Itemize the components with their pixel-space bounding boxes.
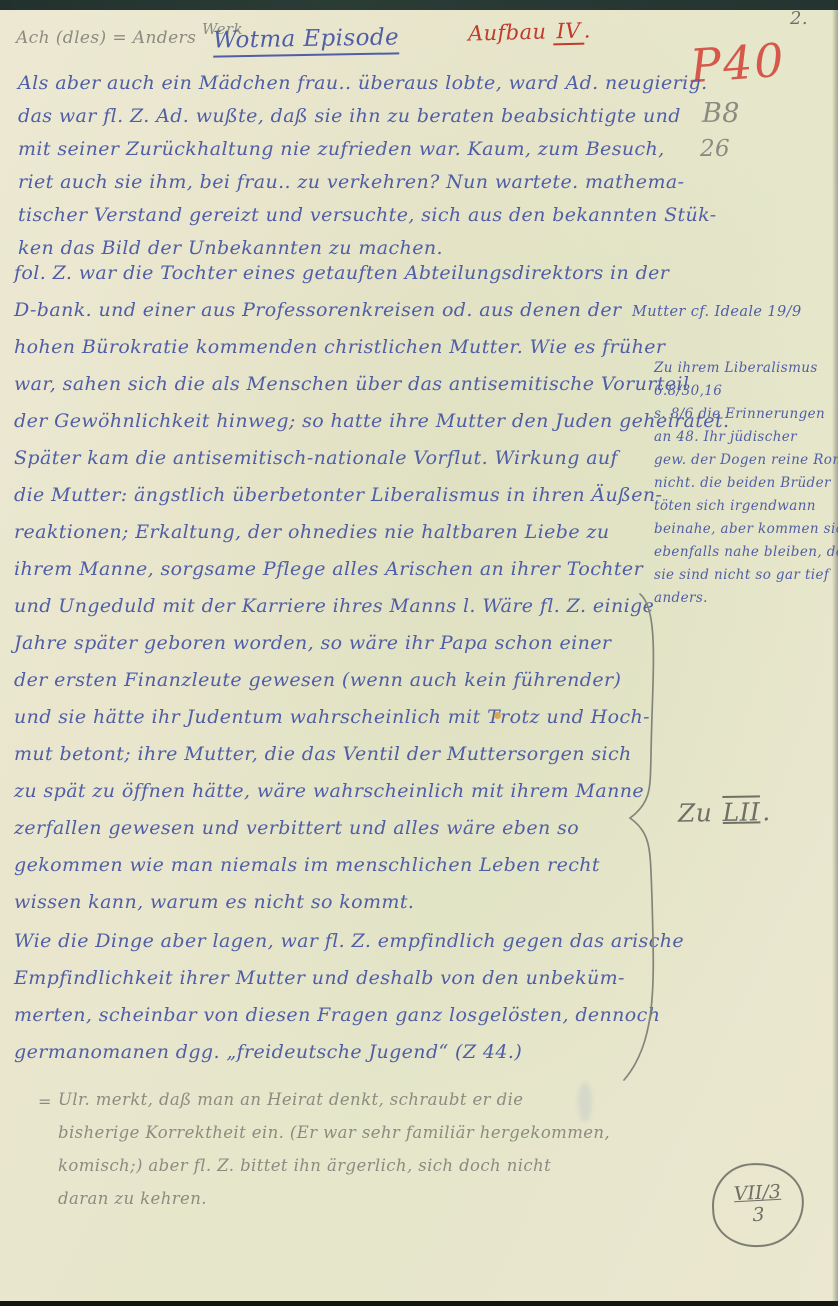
handwriting-line: germanomanen dgg. „freideutsche Jugend“ … <box>14 1041 638 1078</box>
handwriting-line: Als aber auch ein Mädchen frau.. überaus… <box>18 72 624 105</box>
aufbau-numeral: IV <box>553 19 584 46</box>
scan-edge-top <box>0 0 838 10</box>
margin-brace <box>612 588 674 1088</box>
handwriting-line: komisch;) aber fl. Z. bittet ihn ärgerli… <box>58 1156 618 1189</box>
handwriting-line: gekommen wie man niemals im menschlichen… <box>14 854 628 891</box>
handwriting-line: daran zu kehren. <box>58 1189 618 1222</box>
archive-mark-26: 26 <box>700 136 730 162</box>
handwriting-line: war, sahen sich die als Menschen über da… <box>14 373 628 410</box>
paragraph-1: Als aber auch ein Mädchen frau.. überaus… <box>18 72 624 270</box>
handwriting-line: merten, scheinbar von diesen Fragen ganz… <box>14 1004 638 1041</box>
scan-edge-right <box>832 0 838 1306</box>
paper-stain-dot <box>494 712 501 719</box>
aufbau-period: . <box>583 18 591 42</box>
handwriting-line: Ulr. merkt, daß man an Heirat denkt, sch… <box>58 1090 618 1123</box>
stamp-bottom: 3 <box>752 1205 765 1227</box>
scan-edge-bottom <box>0 1301 838 1306</box>
handwriting-line: fol. Z. war die Tochter eines getauften … <box>14 262 628 299</box>
handwriting-line: zu spät zu öffnen hätte, wäre wahrschein… <box>14 780 628 817</box>
margin-note-liberalismus: Zu ihrem Liberalismus6.8/30,16s. 8/6 die… <box>654 360 838 613</box>
handwriting-line: Jahre später geboren worden, so wäre ihr… <box>14 632 628 669</box>
handwriting-line: wissen kann, warum es nicht so kommt. <box>14 891 628 928</box>
pencil-header-prefix: Ach (dles) = Anders <box>16 28 196 48</box>
handwriting-line: und sie hätte ihr Judentum wahrscheinlic… <box>14 706 628 743</box>
page-number: 2. <box>790 8 808 29</box>
handwriting-line: an 48. Ihr jüdischer <box>654 429 838 452</box>
zu-ref: LII <box>720 797 762 827</box>
footnote: Ulr. merkt, daß man an Heirat denkt, sch… <box>58 1090 618 1222</box>
handwriting-line: töten sich irgendwann <box>654 498 838 521</box>
stamp-top: VII/3 <box>733 1182 781 1206</box>
handwriting-line: tischer Verstand gereizt und versuchte, … <box>18 204 624 237</box>
handwriting-line: die Mutter: ängstlich überbetonter Liber… <box>14 484 628 521</box>
margin-ref-zu-lii: Zu LII. <box>678 797 771 828</box>
archive-mark-b8: B8 <box>702 98 740 129</box>
handwriting-line: anders. <box>654 590 838 613</box>
handwriting-line: Wie die Dinge aber lagen, war fl. Z. emp… <box>14 930 638 967</box>
archive-stamp-circle: VII/3 3 <box>710 1161 806 1250</box>
aufbau-heading: Aufbau IV. <box>468 18 591 45</box>
handwriting-line: D-bank. und einer aus Professorenkreisen… <box>14 299 628 336</box>
ink-smudge <box>578 1082 592 1122</box>
zu-prefix: Zu <box>678 798 713 828</box>
handwriting-line: gew. der Dogen reine Romantik <box>654 452 838 475</box>
paragraph-3: Wie die Dinge aber lagen, war fl. Z. emp… <box>14 930 638 1078</box>
handwriting-line: Empfindlichkeit ihrer Mutter und deshalb… <box>14 967 638 1004</box>
handwriting-line: Zu ihrem Liberalismus <box>654 360 838 383</box>
handwriting-line: 6.8/30,16 <box>654 383 838 406</box>
handwriting-line: s. 8/6 die Erinnerungen <box>654 406 838 429</box>
footnote-marker: = <box>38 1092 52 1111</box>
handwriting-line: das war fl. Z. Ad. wußte, daß sie ihn zu… <box>18 105 624 138</box>
handwriting-line: beinahe, aber kommen sich <box>654 521 838 544</box>
handwriting-line: riet auch sie ihm, bei frau.. zu verkehr… <box>18 171 624 204</box>
margin-note-mutter: Mutter cf. Ideale 19/9 <box>632 304 802 320</box>
handwriting-line: reaktionen; Erkaltung, der ohnedies nie … <box>14 521 628 558</box>
page-title: Wotma Episode <box>213 24 400 57</box>
handwriting-line: mut betont; ihre Mutter, die das Ventil … <box>14 743 628 780</box>
paragraph-2: fol. Z. war die Tochter eines getauften … <box>14 262 628 928</box>
handwriting-line: und Ungeduld mit der Karriere ihres Mann… <box>14 595 628 632</box>
handwriting-line: bisherige Korrektheit ein. (Er war sehr … <box>58 1123 618 1156</box>
handwriting-line: der ersten Finanzleute gewesen (wenn auc… <box>14 669 628 706</box>
manuscript-page: Ach (dles) = Anders Werk Wotma Episode A… <box>0 0 838 1306</box>
handwriting-line: nicht. die beiden Brüder <box>654 475 838 498</box>
handwriting-line: sie sind nicht so gar tief <box>654 567 838 590</box>
aufbau-label: Aufbau <box>468 20 547 46</box>
handwriting-line: mit seiner Zurückhaltung nie zufrieden w… <box>18 138 624 171</box>
handwriting-line: ihrem Manne, sorgsame Pflege alles Arisc… <box>14 558 628 595</box>
handwriting-line: hohen Bürokratie kommenden christlichen … <box>14 336 628 373</box>
handwriting-line: der Gewöhnlichkeit hinweg; so hatte ihre… <box>14 410 628 447</box>
handwriting-line: Später kam die antisemitisch-nationale V… <box>14 447 628 484</box>
handwriting-line: zerfallen gewesen und verbittert und all… <box>14 817 628 854</box>
zu-period: . <box>762 797 771 826</box>
pencil-header-note: Ach (dles) = Anders Werk <box>16 28 243 48</box>
handwriting-line: ebenfalls nahe bleiben, denen <box>654 544 838 567</box>
